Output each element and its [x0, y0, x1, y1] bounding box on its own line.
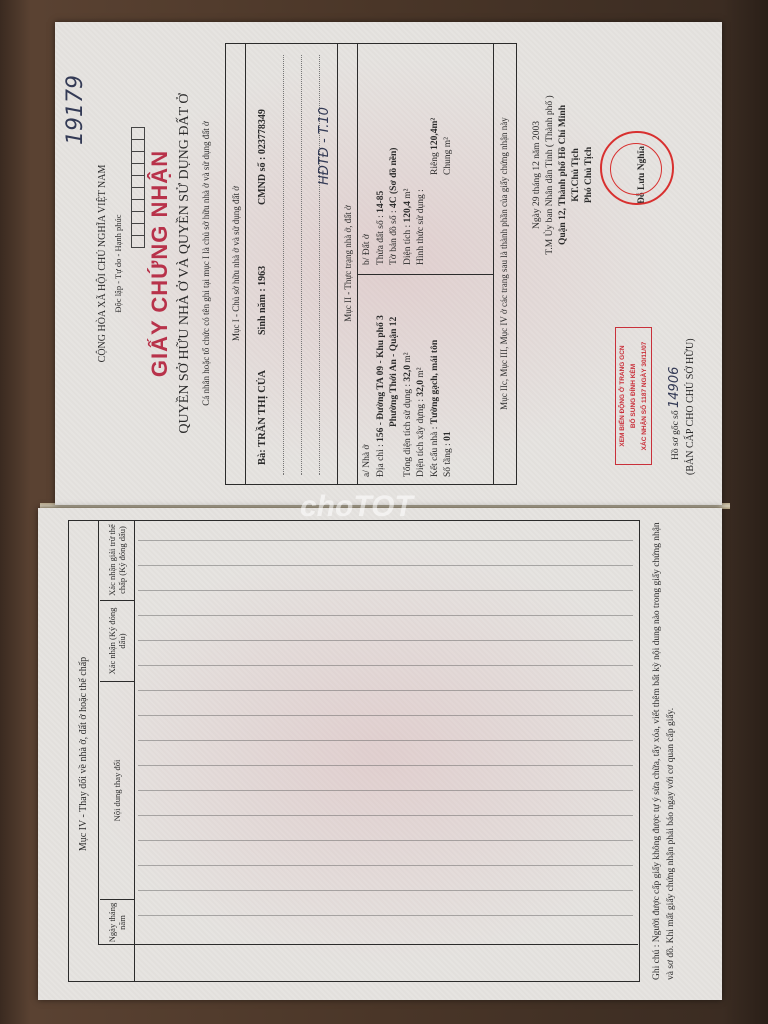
floors: 01	[443, 431, 453, 441]
section1-heading: Mục I - Chủ sở hữu nhà ở và sử dụng đất …	[231, 22, 241, 505]
shared-area: m²	[443, 137, 453, 147]
section2-heading: Mục II - Thực trạng nhà ở, đất ở	[343, 22, 353, 505]
house-address-line1: 156 - Đường TA 09 - Khu phố 3	[376, 315, 386, 442]
plot-number: 14-85	[376, 191, 386, 213]
document-title: GIẤY CHỨNG NHẬN	[147, 22, 173, 505]
official-red-seal	[600, 131, 674, 205]
certificate-front-page: 19179 CỘNG HÒA XÃ HỘI CHỦ NGHĨA VIỆT NAM…	[55, 22, 722, 505]
land-info: b/ Đất ở Thửa đất số : 14-85 Tờ bản đồ s…	[361, 118, 456, 265]
total-floor-area: 32,0	[403, 365, 413, 382]
authority: Quận 12, Thành phố Hồ Chí Minh	[557, 35, 570, 315]
col-confirm: Xác nhận (Ký đóng dấu)	[100, 601, 134, 682]
col-content: Nội dung thay đổi	[100, 682, 134, 900]
ruled-lines	[138, 525, 633, 940]
signer-role: Phó Chủ Tịch	[583, 35, 596, 315]
handwritten-serial: 19179	[63, 75, 88, 145]
col-date: Ngày tháng năm	[100, 900, 134, 945]
certificate-back-page: Mục IV - Thay đổi về nhà ở, đất ở hoặc t…	[38, 508, 722, 1000]
file-number: Hồ sơ gốc số 14906	[667, 367, 682, 460]
authority-line: T.M Ủy ban Nhân dân Tỉnh ( Thành phố )	[544, 35, 557, 315]
col-release: Xác nhận giải trừ thế chấp (Ký đóng dấu)	[100, 520, 134, 601]
build-area: 32,0	[416, 380, 426, 397]
handwritten-note: HĐTĐ - T.10	[317, 107, 332, 185]
birth-year: Sinh năm : 1963	[257, 266, 268, 335]
section4-heading: Mục IV - Thay đổi về nhà ở, đất ở hoặc t…	[78, 508, 89, 1000]
land-area: 120,4	[403, 201, 413, 222]
issue-date: Ngày 29 tháng 12 năm 2003	[531, 35, 544, 315]
motto: Độc lập - Tự do - Hạnh phúc	[113, 22, 123, 505]
private-area: 120,4m²	[430, 118, 440, 150]
document-subtitle: QUYỀN SỞ HỮU NHÀ Ở VÀ QUYỀN SỬ DỤNG ĐẤT …	[177, 22, 193, 505]
house-address-line2: Phường Thới An - Quận 12	[389, 317, 399, 427]
table-header: Ngày tháng năm Nội dung thay đổi Xác nhậ…	[100, 520, 134, 982]
house-info: a/ Nhà ở Địa chỉ : 156 - Đường TA 09 - K…	[361, 315, 456, 477]
republic-heading: CỘNG HÒA XÃ HỘI CHỦ NGHĨA VIỆT NAM	[97, 22, 108, 505]
map-sheet: 4C	[389, 196, 399, 208]
pp-title: KT.Chủ Tịch	[570, 35, 583, 315]
copy-label: (BẢN CẤP CHO CHỦ SỞ HỮU)	[685, 338, 696, 475]
structure: Tường gạch, mái tôn	[430, 340, 440, 424]
section2-footer: Mục IIc, Mục III, Mục IV ở các trang sau…	[499, 22, 509, 505]
intro-text: Cá nhân hoặc tổ chức có tên ghi tại mục …	[201, 22, 211, 505]
chotot-watermark: choTOT	[300, 490, 413, 524]
owner-name: Bà: TRẦN THỊ CỦA	[257, 370, 268, 465]
id-number: CMND số : 023778349	[257, 109, 268, 205]
red-stamp-box: XEM BIẾN ĐỘNG Ở TRANG GCN BỔ SUNG ĐÍNH K…	[615, 327, 652, 465]
footer-note: Ghi chú : Người được cấp giấy không được…	[650, 520, 678, 980]
serial-number-boxes	[131, 127, 145, 247]
